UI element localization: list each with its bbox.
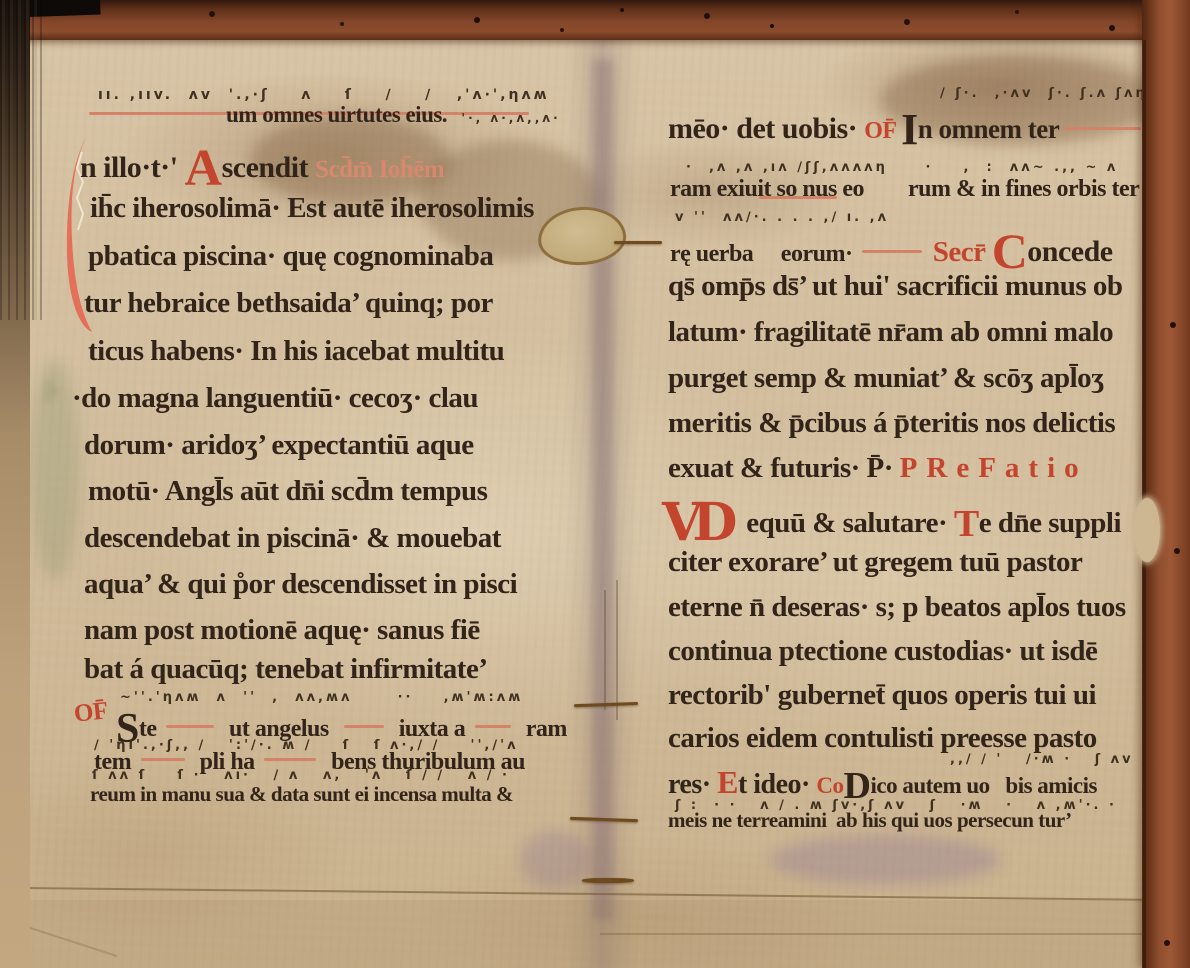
red-episema-line [264, 758, 316, 761]
nail-hole [1164, 940, 1170, 946]
text-line: aqua’ & qui p̊or descendisset in pisci [84, 570, 517, 599]
neumes: ,,∕ ∕ ' ∕·ʍ · ʃ ʌv ,, [950, 752, 1157, 767]
neumes: ∕ ʃ·. ,·ʌv ʃ·. ʃ.ʌ ʃʌη [940, 86, 1148, 101]
communio-label: Co [816, 773, 843, 798]
neumes: '·, ʌ·,ʌ,,ʌ· [447, 111, 561, 125]
red-episema-line [1063, 127, 1141, 130]
text-line: rectorib' gubernet̄ quos operis tui ui [668, 681, 1096, 710]
text-segment: ico autem uo bis amicis [870, 773, 1096, 798]
text-line: meis ne terreamini ab his qui uos persec… [668, 810, 1072, 831]
text-line: ram exiuit so nus eo rum & in fines orbi… [670, 177, 1139, 201]
rubric-secundum-iohannem: Scd̄m̄ Ioh̄ēm [315, 156, 444, 183]
text-line: ıı. ,ııv. ʌv '.,·ʃ ʌ ſ ∕ ∕ ,'ʌ·',ηʌʍ [98, 88, 550, 103]
text-line: · ,ʌ ,ʌ ,ıʌ ∕ʃʃ,ʌʌʌʌη · , : ʌʌ~ .,, ~ ʌ [686, 160, 1118, 174]
text-segment: res· [668, 769, 717, 800]
neumes: · ,ʌ ,ʌ ,ıʌ ∕ʃʃ,ʌʌʌʌη · , : ʌʌ~ .,, ~ ʌ [686, 160, 1118, 175]
text-line: n illo·t·' Ascendit Scd̄m̄ Ioh̄ēm [80, 143, 444, 195]
text-segment: um omnes uirtutes eius. [226, 102, 447, 127]
left-page: ıı. ,ııv. ʌv '.,·ʃ ʌ ſ ∕ ∕ ,'ʌ·',ηʌʍum o… [0, 0, 620, 968]
text-line: meritis & p̄cibus á p̄teritis nos delict… [668, 409, 1115, 438]
text-segment: rę uerba eorum· [670, 241, 858, 267]
text-line: ih̄c iherosolimā· Est autē iherosolimi… [90, 194, 534, 223]
neumes: ~''.'ηʌʍ ʌ '' , ʌʌ,ʍʌ ·· ,ʍ'ʍ:ʌʍ [120, 690, 523, 705]
text-line: ∕ ʃ·. ,·ʌv ʃ·. ʃ.ʌ ʃʌη [940, 86, 1148, 100]
neumes: ıı. ,ııv. ʌv '.,·ʃ ʌ ſ ∕ ∕ ,'ʌ·',ηʌʍ [98, 87, 550, 103]
text-segment: meis ne terreamini ab his qui uos persec… [668, 808, 1072, 832]
nail-hole [1170, 322, 1176, 328]
text-segment: reum in manu sua & data sunt ei incensa … [90, 782, 513, 806]
leather-right-border [1142, 0, 1190, 968]
red-episema-line [475, 725, 511, 728]
offertory-label: OF̄ [73, 698, 109, 726]
text-segment: pbatica piscina· quę cognominaba [88, 240, 493, 272]
text-line: eterne n̄ deseras· s; p beatos apl̄os tu… [668, 593, 1126, 622]
text-line: pbatica piscina· quę cognominaba [88, 242, 493, 271]
text-segment: rectorib' gubernet̄ quos operis tui ui [668, 679, 1096, 711]
text-line: ~''.'ηʌʍ ʌ '' , ʌʌ,ʍʌ ·· ,ʍ'ʍ:ʌʍ [120, 690, 523, 704]
text-line: exuat & futuris· P̄· PReFatio [668, 454, 1088, 483]
text-segment: ram exiuit so nus eo rum & in fines orbi… [670, 176, 1139, 202]
text-segment: motū· Angl̄s aūt dn̄i scd̄m tempus [88, 475, 487, 507]
text-segment: ticus habens· In his iacebat multitu [88, 335, 504, 367]
text-segment: oncede [1027, 235, 1112, 268]
initial-I-in-omnem: I [901, 105, 918, 154]
offertory-label: OF̄ [864, 118, 901, 144]
initial-E-et-ideo: E [717, 764, 738, 800]
parchment-edge-notch [1134, 498, 1160, 562]
text-line: continua ptectione custodias· ut isdē [668, 637, 1097, 666]
text-segment: qs̄ omp̄s ds̄’ ut hui' sacrificii munus … [668, 270, 1123, 302]
text-segment: meritis & p̄cibus á p̄teritis nos delict… [668, 407, 1115, 439]
text-line: purget semp & muniat’ & scōʒ apl̄oʒ [668, 364, 1104, 393]
text-segment: n illo·t·' [80, 151, 185, 184]
text-segment: ram [515, 716, 567, 742]
text-line: reum in manu sua & data sunt ei incensa … [90, 784, 513, 805]
text-segment: exuat & futuris· P̄· [668, 452, 900, 484]
text-segment: bat á quacūq; tenebat infirmitate’ [84, 653, 487, 685]
text-line: ,,∕ ∕ ' ∕·ʍ · ʃ ʌv ,, [950, 752, 1157, 766]
text-line: ·do magna languentiū· cecoʒ· clau [72, 384, 478, 413]
text-line: bat á quacūq; tenebat infirmitate’ [84, 655, 487, 684]
text-segment: eterne n̄ deseras· s; p beatos apl̄os tu… [668, 591, 1126, 623]
text-segment: scendit [222, 151, 316, 184]
text-line: um omnes uirtutes eius. '·, ʌ·,ʌ,,ʌ· [226, 103, 561, 126]
text-segment: latum· fragilitatē nr̄am ab omni malo [668, 316, 1113, 348]
text-segment: citer exorare’ ut gregem tuū pastor [668, 546, 1082, 578]
text-segment: descendebat in piscinā· & mouebat [84, 522, 501, 554]
text-segment: tur hebraice bethsaida’ quinq; por [84, 287, 493, 319]
text-segment: mēo· det uobis· [668, 112, 864, 145]
text-segment: ·do magna languentiū· cecoʒ· clau [72, 382, 478, 414]
text-line: rę uerba eorum· Secr̄ Concede [670, 226, 1113, 276]
text-segment: ih̄c iherosolimā· Est autē iherosolimi… [90, 192, 534, 224]
text-segment: t ideo· [738, 769, 816, 800]
text-line: mēo· det uobis· OF̄ In omnem ter [668, 108, 1145, 152]
page-edge-stripes [0, 0, 42, 320]
text-segment: n omnem ter [918, 114, 1059, 144]
text-segment: e dn̄e suppli [979, 507, 1121, 539]
text-line: v '' ʌʌ∕·. . . . ,∕ ı. ,ʌ [675, 210, 889, 224]
text-line: qs̄ omp̄s ds̄’ ut hui' sacrificii munus … [668, 272, 1123, 301]
secret-label: Secr̄ [926, 236, 992, 268]
text-line: ticus habens· In his iacebat multitu [88, 337, 504, 366]
red-episema-line [344, 725, 384, 728]
text-line: carios eidem contulisti preesse pasto [668, 724, 1097, 753]
nail-hole [1174, 548, 1180, 554]
red-episema-line [862, 250, 922, 253]
neumes: v '' ʌʌ∕·. . . . ,∕ ı. ,ʌ [675, 210, 889, 225]
leather-top-border [0, 0, 1190, 40]
text-segment: nam post motionē aquę· sanus fiē [84, 614, 480, 646]
text-line: OF̄ [74, 700, 108, 725]
initial-T-te: T [954, 503, 979, 545]
text-line: ſ ʌʌ ſ ſ · ʌı· ∕ ʌ ʌ, 'ʌ ſ ∕ ∕ ʌ ∕ · [92, 768, 510, 782]
neumes: ſ ʌʌ ſ ſ · ʌı· ∕ ʌ ʌ, 'ʌ ſ ∕ ∕ ʌ ∕ · [92, 768, 510, 783]
text-segment: dorum· aridoʒ’ expectantiū aque [84, 429, 474, 461]
text-line: tur hebraice bethsaida’ quinq; por [84, 289, 493, 318]
text-line: latum· fragilitatē nr̄am ab omni malo [668, 318, 1113, 347]
text-line: motū· Angl̄s aūt dn̄i scd̄m tempus [88, 477, 487, 506]
preface-label: PReFatio [900, 452, 1088, 484]
text-segment: continua ptectione custodias· ut isdē [668, 635, 1097, 667]
initial-A-ascendit: A [185, 140, 222, 197]
text-line: nam post motionē aquę· sanus fiē [84, 616, 480, 645]
text-line: descendebat in piscinā· & mouebat [84, 524, 501, 553]
right-page: ∕ ʃ·. ,·ʌv ʃ·. ʃ.ʌ ʃʌηmēo· det uobis· O… [620, 0, 1190, 968]
vere-dignum-monogram: VD [662, 492, 739, 553]
text-line: citer exorare’ ut gregem tuū pastor [668, 548, 1082, 577]
text-segment: carios eidem contulisti preesse pasto [668, 722, 1097, 754]
text-segment: aqua’ & qui p̊or descendisset in pisci [84, 568, 517, 600]
manuscript-photo: ıllı ıı. ,ııv. ʌv '.,·ʃ ʌ ſ ∕ ∕ ,'ʌ·',ηʌ… [0, 0, 1190, 968]
text-line: dorum· aridoʒ’ expectantiū aque [84, 431, 474, 460]
red-episema-line [141, 758, 185, 761]
text-segment: purget semp & muniat’ & scōʒ apl̄oʒ [668, 362, 1104, 394]
text-line: VD equū & salutare· Te dn̄e suppli [662, 497, 1121, 549]
text-segment: equū & salutare· [739, 507, 953, 539]
red-episema-line [166, 725, 214, 728]
